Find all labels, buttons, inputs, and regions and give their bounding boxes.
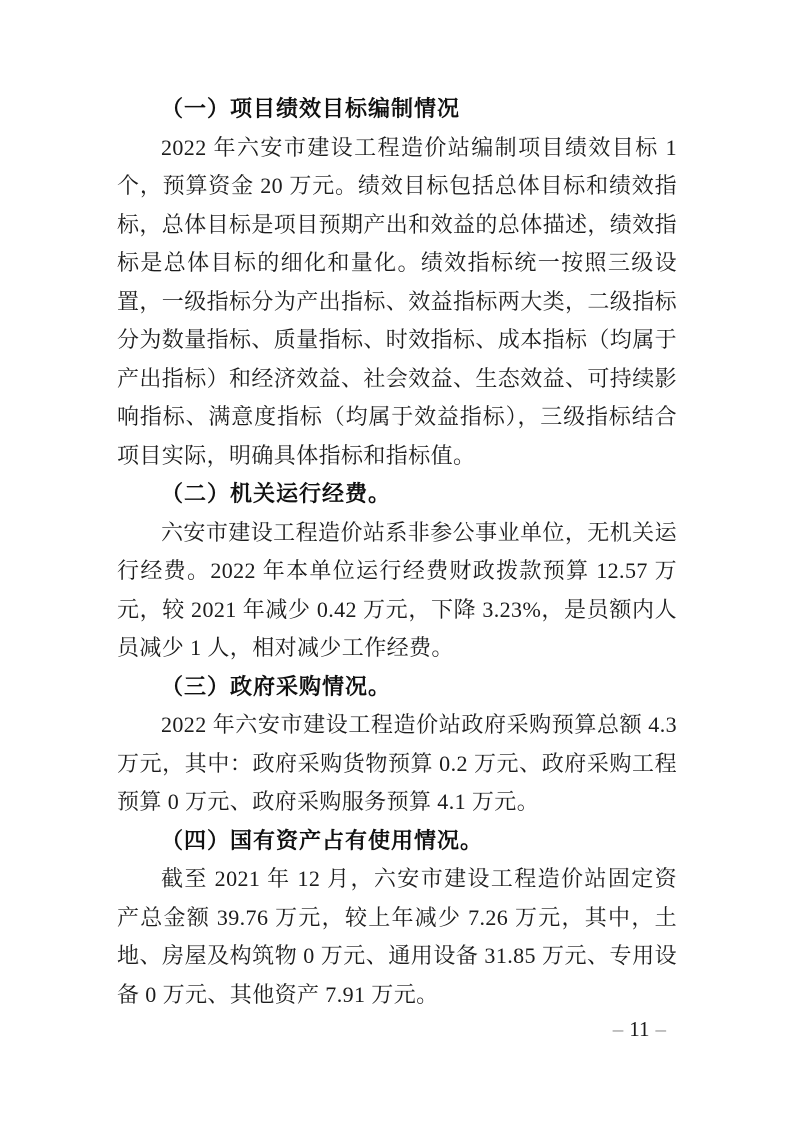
section-heading: （二）机关运行经费。: [117, 475, 677, 514]
section-paragraph: 2022 年六安市建设工程造价站政府采购预算总额 4.3 万元，其中：政府采购货…: [117, 706, 677, 822]
section-project-performance-goals: （一）项目绩效目标编制情况 2022 年六安市建设工程造价站编制项目绩效目标 1…: [117, 90, 677, 475]
section-heading: （一）项目绩效目标编制情况: [117, 90, 677, 129]
document-body: （一）项目绩效目标编制情况 2022 年六安市建设工程造价站编制项目绩效目标 1…: [117, 90, 677, 1014]
section-state-owned-assets: （四）国有资产占有使用情况。 截至 2021 年 12 月，六安市建设工程造价站…: [117, 822, 677, 1015]
page-number: 11: [629, 1017, 649, 1041]
section-heading: （三）政府采购情况。: [117, 668, 677, 707]
page-number-right-dash: –: [650, 1017, 673, 1041]
page-footer: –11–: [607, 1013, 672, 1045]
page-number-left-dash: –: [607, 1017, 630, 1041]
document-page: （一）项目绩效目标编制情况 2022 年六安市建设工程造价站编制项目绩效目标 1…: [0, 0, 793, 1122]
section-agency-operating-funds: （二）机关运行经费。 六安市建设工程造价站系非参公事业单位，无机关运行经费。20…: [117, 475, 677, 668]
section-paragraph: 六安市建设工程造价站系非参公事业单位，无机关运行经费。2022 年本单位运行经费…: [117, 514, 677, 668]
section-paragraph: 截至 2021 年 12 月，六安市建设工程造价站固定资产总金额 39.76 万…: [117, 860, 677, 1014]
section-heading: （四）国有资产占有使用情况。: [117, 822, 677, 861]
section-government-procurement: （三）政府采购情况。 2022 年六安市建设工程造价站政府采购预算总额 4.3 …: [117, 668, 677, 822]
section-paragraph: 2022 年六安市建设工程造价站编制项目绩效目标 1 个，预算资金 20 万元。…: [117, 129, 677, 476]
